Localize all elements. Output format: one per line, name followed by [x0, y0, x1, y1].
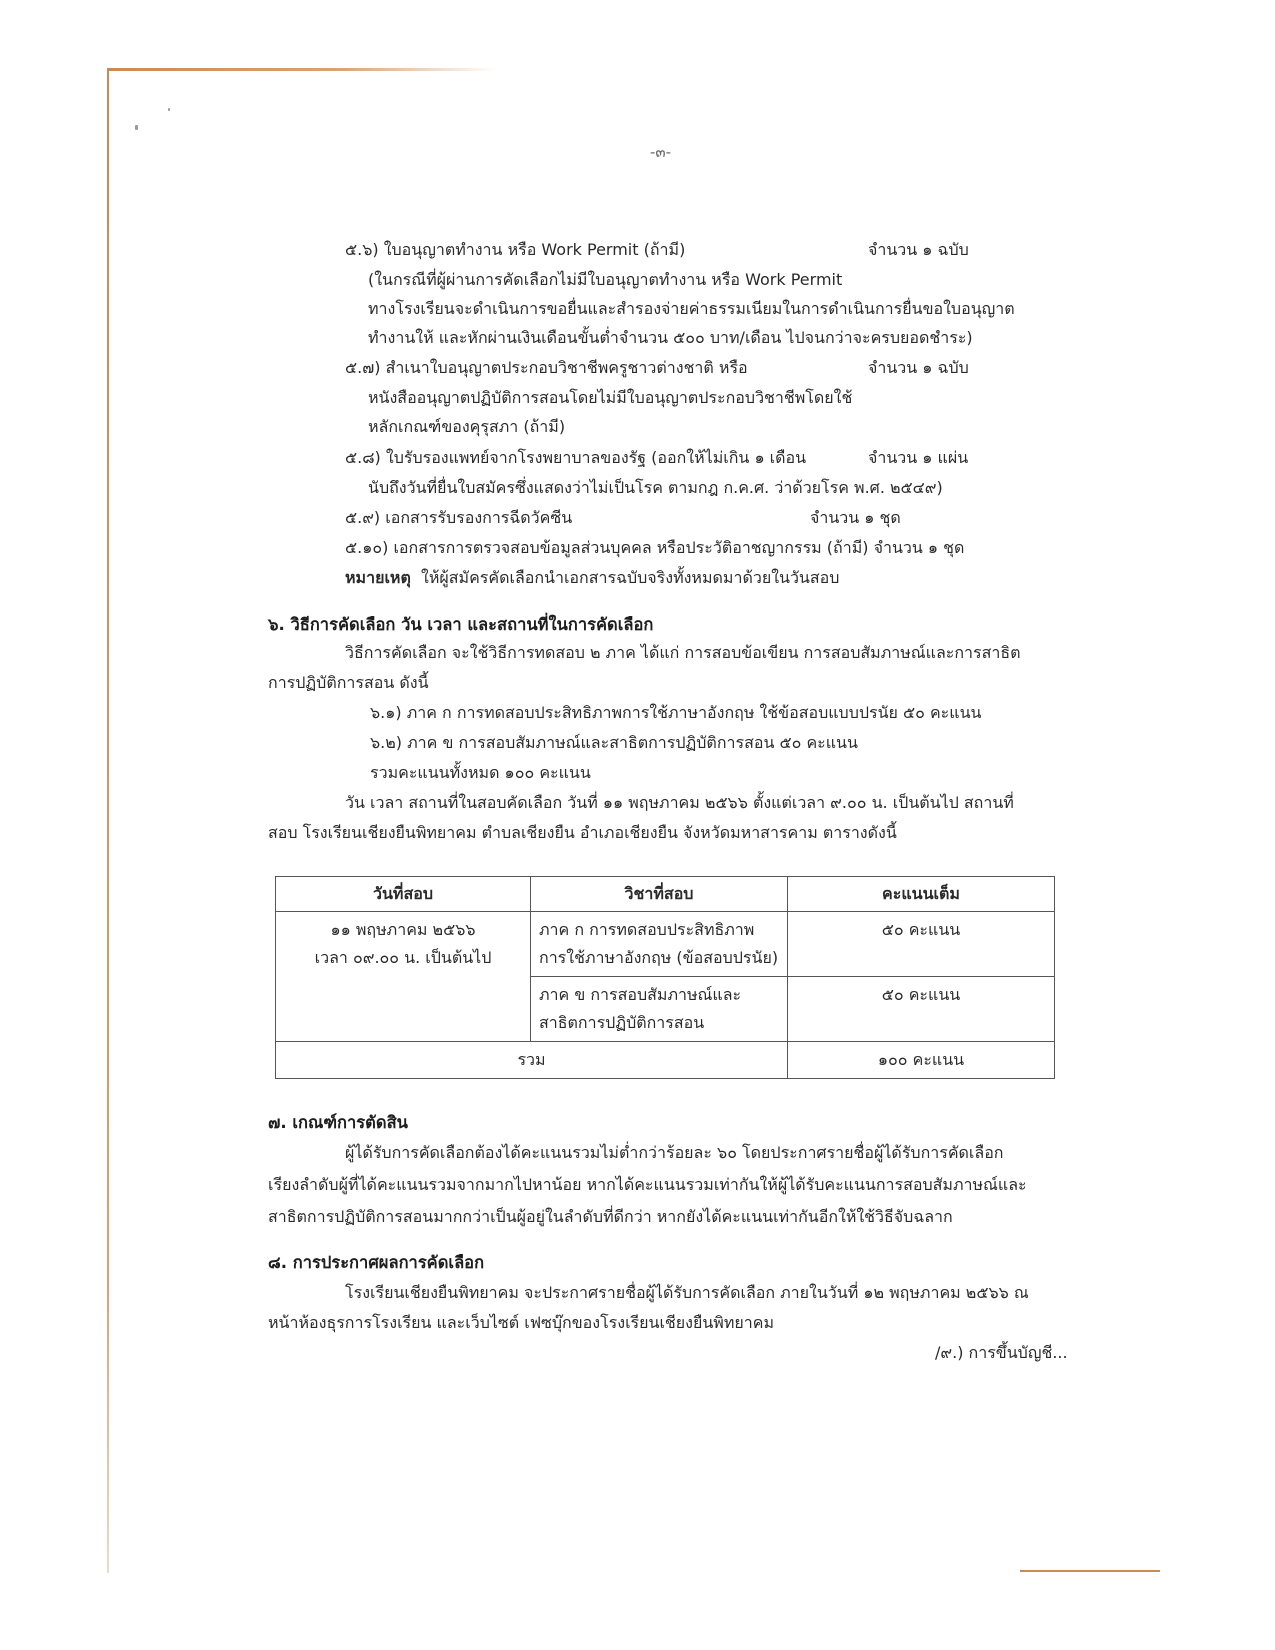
subject-cell: ภาค ข การสอบสัมภาษณ์และ สาธิตการปฏิบัติก… [531, 977, 788, 1042]
paper-edge-top [107, 68, 497, 71]
exam-date-cell: ๑๑ พฤษภาคม ๒๕๖๖ เวลา ๐๙.๐๐ น. เป็นต้นไป [276, 912, 531, 1042]
item-5-7-cont: หลักเกณฑ์ของคุรุสภา (ถ้ามี) [368, 417, 565, 437]
header-subject: วิชาที่สอบ [531, 877, 788, 912]
scan-speck [135, 125, 138, 130]
score-cell: ๕๐ คะแนน [788, 912, 1055, 977]
section-6-para1: วิธีการคัดเลือก จะใช้วิธีการทดสอบ ๒ ภาค … [345, 643, 1021, 663]
exam-schedule-table: วันที่สอบ วิชาที่สอบ คะแนนเต็ม ๑๑ พฤษภาค… [275, 876, 1055, 1079]
section-6-total: รวมคะแนนทั้งหมด ๑๐๐ คะแนน [370, 763, 591, 783]
section-6-sub2: ๖.๒) ภาค ข การสอบสัมภาษณ์และสาธิตการปฏิบ… [370, 733, 858, 753]
section-6-heading: ๖. วิธีการคัดเลือก วัน เวลา และสถานที่ใน… [268, 615, 653, 635]
header-score: คะแนนเต็ม [788, 877, 1055, 912]
item-5-9: ๕.๙) เอกสารรับรองการฉีดวัคซีน [345, 508, 572, 528]
note-text: ให้ผู้สมัครคัดเลือกนำเอกสารฉบับจริงทั้งห… [421, 568, 839, 587]
item-5-8-qty: จำนวน ๑ แผ่น [868, 448, 968, 468]
subject-cell: ภาค ก การทดสอบประสิทธิภาพ การใช้ภาษาอังก… [531, 912, 788, 977]
item-5-6-cont: ทำงานให้ และหักผ่านเงินเดือนขั้นต่ำจำนวน… [368, 328, 973, 348]
item-5-6: ๕.๖) ใบอนุญาตทำงาน หรือ Work Permit (ถ้า… [345, 240, 685, 260]
score-cell: ๕๐ คะแนน [788, 977, 1055, 1042]
note: หมายเหตุ ให้ผู้สมัครคัดเลือกนำเอกสารฉบับ… [345, 568, 839, 588]
total-label: รวม [276, 1042, 788, 1079]
item-5-8: ๕.๘) ใบรับรองแพทย์จากโรงพยาบาลของรัฐ (ออ… [345, 448, 806, 468]
section-7-line: สาธิตการปฏิบัติการสอนมากกว่าเป็นผู้อยู่ใ… [268, 1207, 953, 1227]
section-8-heading: ๘. การประกาศผลการคัดเลือก [268, 1253, 484, 1273]
item-5-6-cont: (ในกรณีที่ผู้ผ่านการคัดเลือกไม่มีใบอนุญา… [368, 270, 842, 290]
item-5-7-cont: หนังสืออนุญาตปฏิบัติการสอนโดยไม่มีใบอนุญ… [368, 388, 852, 408]
scan-speck [168, 108, 170, 111]
table-row: ๑๑ พฤษภาคม ๒๕๖๖ เวลา ๐๙.๐๐ น. เป็นต้นไป … [276, 912, 1055, 977]
section-8-line: โรงเรียนเชียงยืนพิทยาคม จะประกาศรายชื่อผ… [345, 1283, 1029, 1303]
section-6-para2-cont: สอบ โรงเรียนเชียงยืนพิทยาคม ตำบลเชียงยืน… [268, 823, 897, 843]
table-total-row: รวม ๑๐๐ คะแนน [276, 1042, 1055, 1079]
item-5-10: ๕.๑๐) เอกสารการตรวจสอบข้อมูลส่วนบุคคล หร… [345, 538, 964, 558]
item-5-7-qty: จำนวน ๑ ฉบับ [868, 358, 969, 378]
continuation-note: /๙.) การขึ้นบัญชี... [935, 1343, 1068, 1363]
section-7-line: ผู้ได้รับการคัดเลือกต้องได้คะแนนรวมไม่ต่… [345, 1143, 1004, 1163]
paper-edge-left [107, 68, 109, 1573]
header-date: วันที่สอบ [276, 877, 531, 912]
total-score: ๑๐๐ คะแนน [788, 1042, 1055, 1079]
section-6-para2: วัน เวลา สถานที่ในสอบคัดเลือก วันที่ ๑๑ … [345, 793, 1014, 813]
section-7-line: เรียงลำดับผู้ที่ได้คะแนนรวมจากมากไปหาน้อ… [268, 1175, 1027, 1195]
paper-edge-bottom [1020, 1570, 1160, 1572]
section-8-line: หน้าห้องธุรการโรงเรียน และเว็บไซต์ เฟซบุ… [268, 1313, 774, 1333]
section-6-para1-cont: การปฏิบัติการสอน ดังนี้ [268, 673, 429, 693]
section-6-sub1: ๖.๑) ภาค ก การทดสอบประสิทธิภาพการใช้ภาษา… [370, 703, 981, 723]
section-7-heading: ๗. เกณฑ์การตัดสิน [268, 1113, 408, 1133]
table-header-row: วันที่สอบ วิชาที่สอบ คะแนนเต็ม [276, 877, 1055, 912]
note-label: หมายเหตุ [345, 568, 411, 587]
item-5-6-cont: ทางโรงเรียนจะดำเนินการขอยื่นและสำรองจ่าย… [368, 299, 1015, 319]
page-number: -๓- [650, 140, 671, 164]
item-5-6-qty: จำนวน ๑ ฉบับ [868, 240, 969, 260]
item-5-8-cont: นับถึงวันที่ยื่นใบสมัครซึ่งแสดงว่าไม่เป็… [368, 478, 943, 498]
item-5-9-qty: จำนวน ๑ ชุด [810, 508, 901, 528]
item-5-7: ๕.๗) สำเนาใบอนุญาตประกอบวิชาชีพครูชาวต่า… [345, 358, 748, 378]
